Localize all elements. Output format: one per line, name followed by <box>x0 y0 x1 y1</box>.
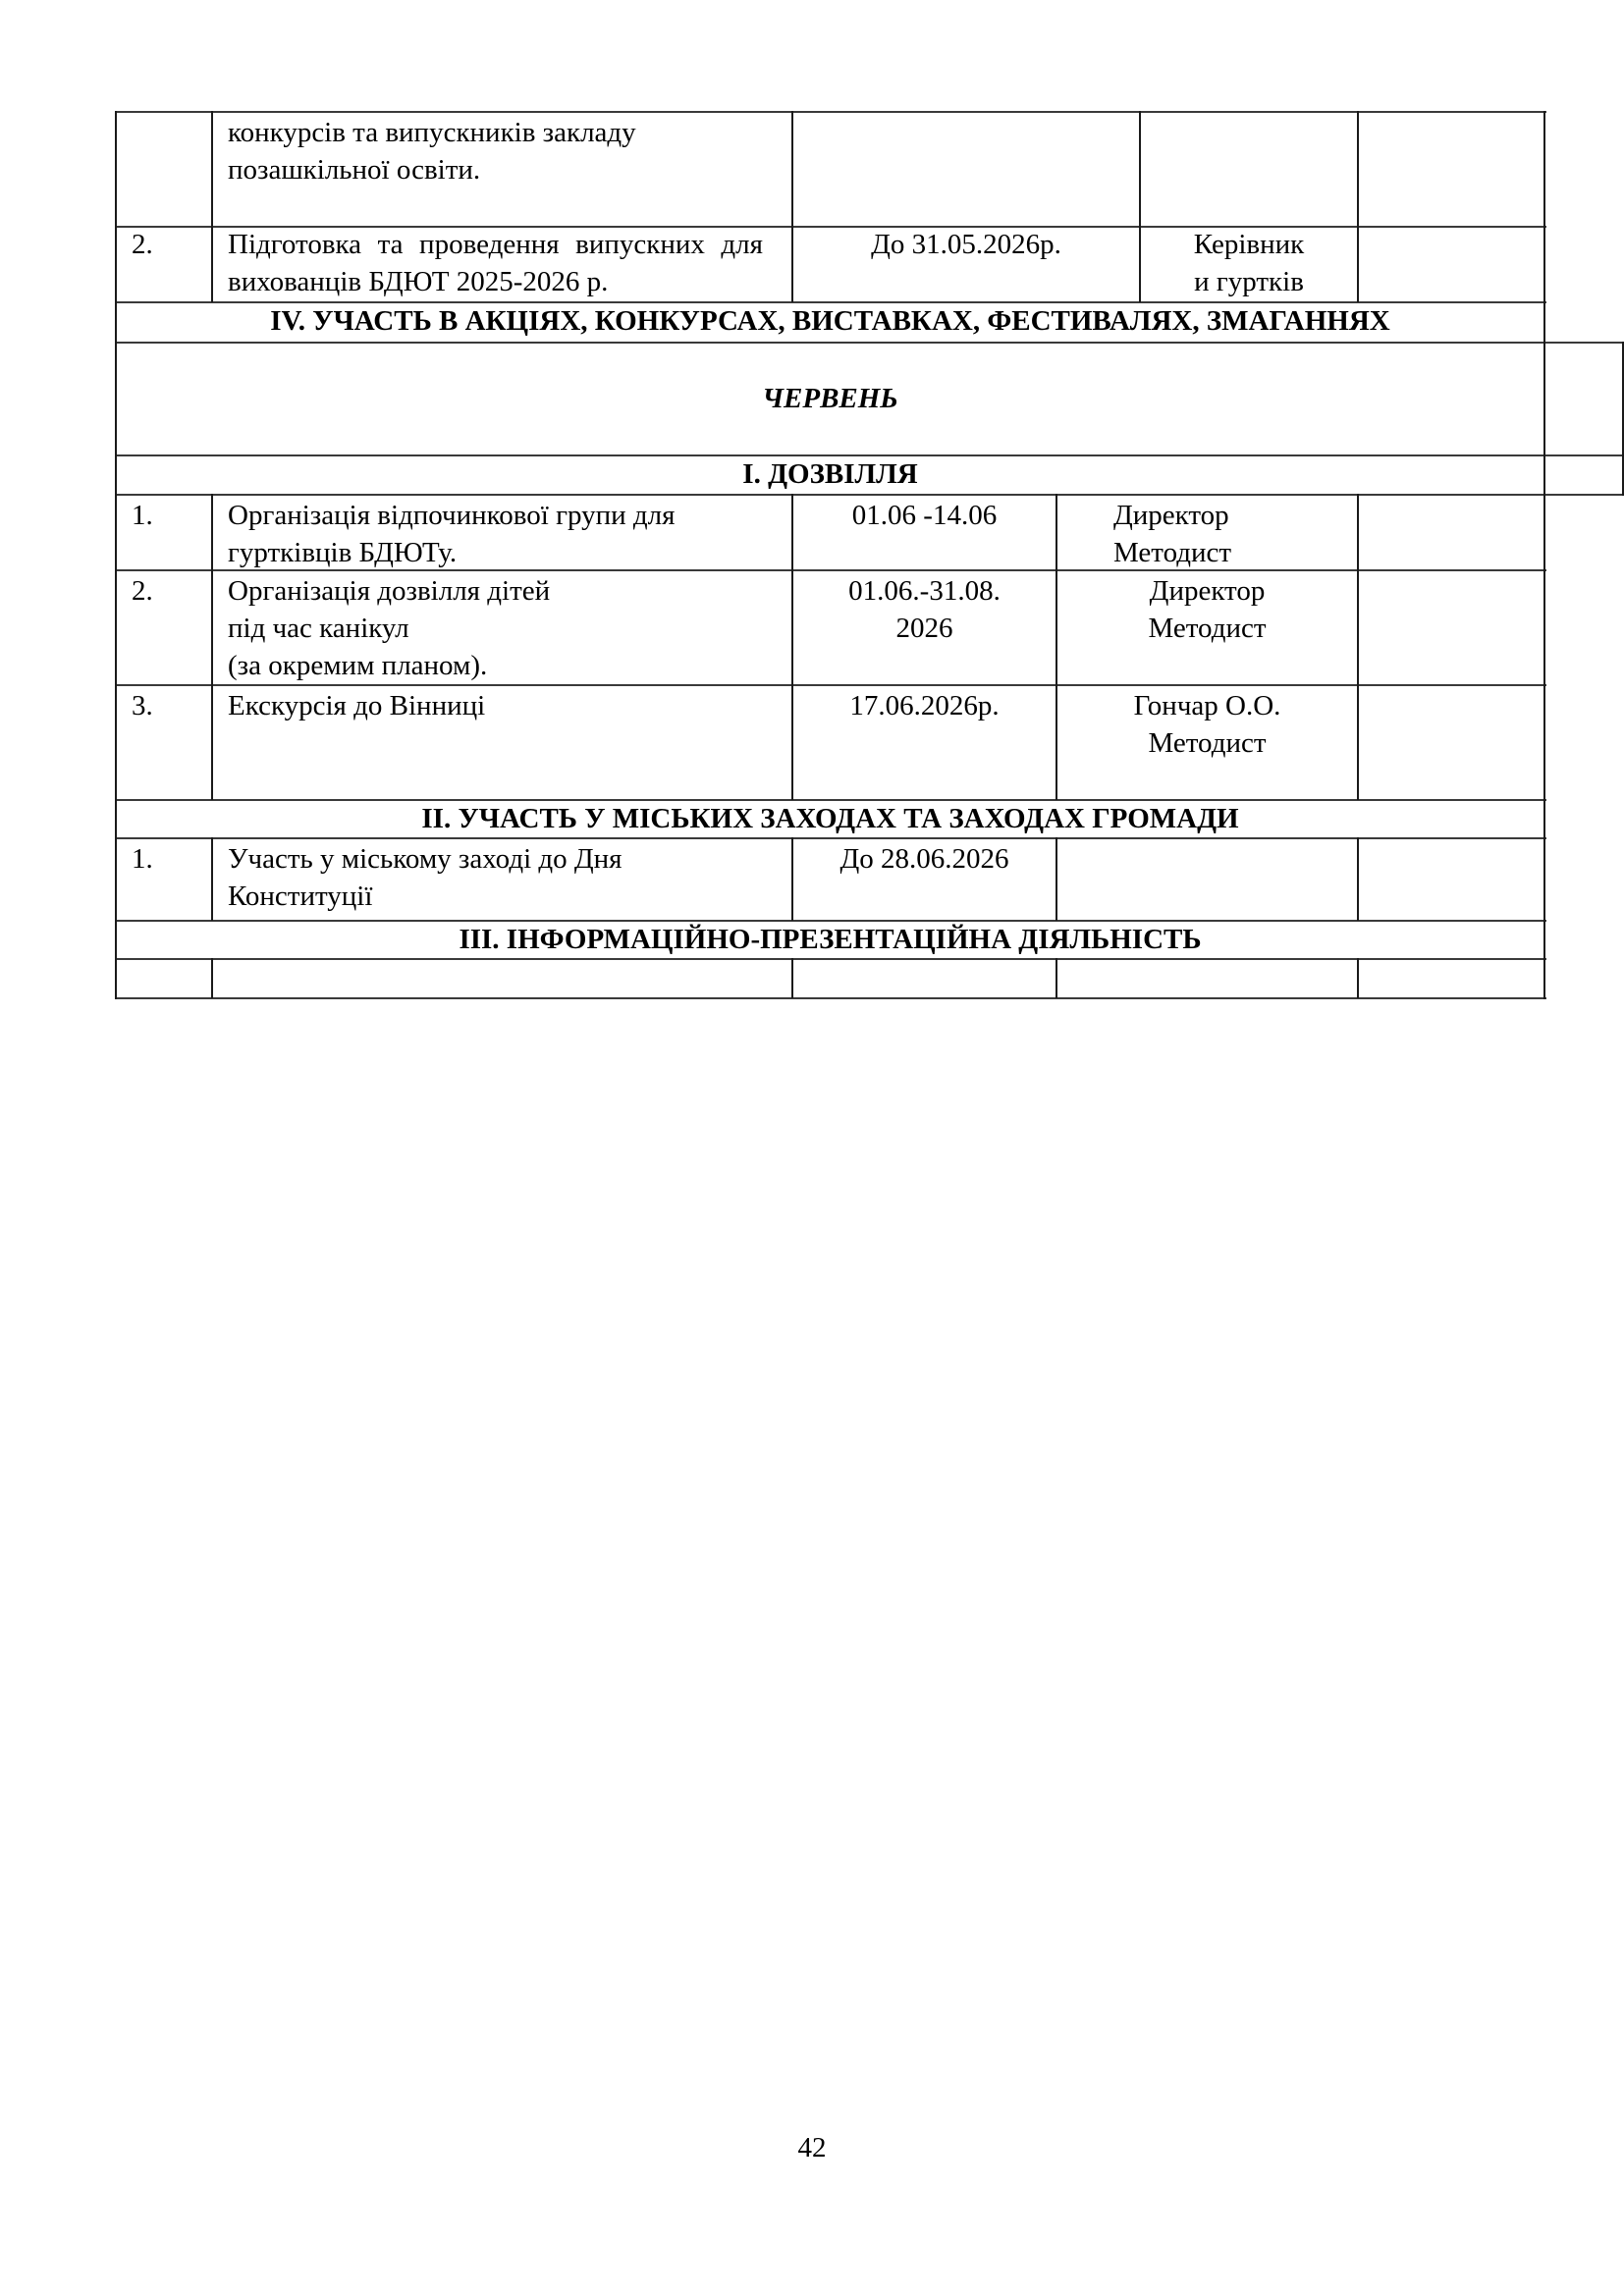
row-divider <box>115 342 1624 344</box>
row-divider <box>115 837 1546 839</box>
cell-responsible: Керівник и гуртків <box>1141 226 1357 300</box>
cell-date: 01.06.-31.08. 2026 <box>793 572 1056 647</box>
cell-date: 17.06.2026р. <box>793 687 1056 724</box>
cell-responsible: Директор Методист <box>1113 497 1354 571</box>
cell-num: 2. <box>132 572 206 610</box>
cell-date: 01.06 -14.06 <box>793 497 1056 534</box>
row-divider <box>115 684 1546 686</box>
col-divider <box>1056 837 1057 921</box>
cell-num: 1. <box>132 840 206 878</box>
col-divider <box>791 111 793 302</box>
col-divider <box>1357 837 1359 921</box>
col-divider <box>791 494 793 800</box>
col-divider <box>211 958 213 998</box>
col-divider <box>211 837 213 921</box>
col-divider <box>1357 111 1359 302</box>
table-border-left <box>115 111 117 999</box>
cell-event: конкурсів та випускників закладу позашкі… <box>228 114 783 188</box>
table-border-top <box>115 111 1546 113</box>
section-title-ii: ІІ. УЧАСТЬ У МІСЬКИХ ЗАХОДАХ ТА ЗАХОДАХ … <box>117 800 1543 837</box>
col-divider <box>791 958 793 998</box>
cell-responsible: Директор Методист <box>1057 572 1357 647</box>
month-title: ЧЕРВЕНЬ <box>117 380 1543 417</box>
section-title-iii: ІІІ. ІНФОРМАЦІЙНО-ПРЕЗЕНТАЦІЙНА ДІЯЛЬНІС… <box>117 921 1543 958</box>
page-number: 42 <box>763 2132 861 2164</box>
cell-date: До 28.06.2026 <box>793 840 1056 878</box>
cell-event: Участь у міському заході до Дня Конститу… <box>228 840 787 915</box>
row-divider <box>115 494 1624 496</box>
cell-num: 1. <box>132 497 206 534</box>
cell-num: 3. <box>132 687 206 724</box>
col-divider <box>211 111 213 302</box>
col-divider <box>1357 958 1359 998</box>
cell-event: Організація дозвілля дітей під час канік… <box>228 572 787 684</box>
cell-event: Організація відпочинкової групи для гурт… <box>228 497 787 571</box>
section-title-iv: IV. УЧАСТЬ В АКЦІЯХ, КОНКУРСАХ, ВИСТАВКА… <box>117 302 1543 340</box>
col-divider <box>1357 494 1359 800</box>
row-divider <box>115 958 1546 960</box>
cell-event: Екскурсія до Вінниці <box>228 687 787 724</box>
col-divider <box>1056 958 1057 998</box>
section-title-i: І. ДОЗВІЛЛЯ <box>117 455 1543 493</box>
cell-event: Підготовка та проведення випускних для в… <box>228 226 763 300</box>
cell-responsible: Гончар О.О. Методист <box>1057 687 1357 762</box>
cell-num: 2. <box>132 226 206 263</box>
col-divider <box>211 494 213 800</box>
table-border-right <box>1543 111 1545 999</box>
table-border-bottom <box>115 997 1546 999</box>
cell-date: До 31.05.2026р. <box>793 226 1139 263</box>
